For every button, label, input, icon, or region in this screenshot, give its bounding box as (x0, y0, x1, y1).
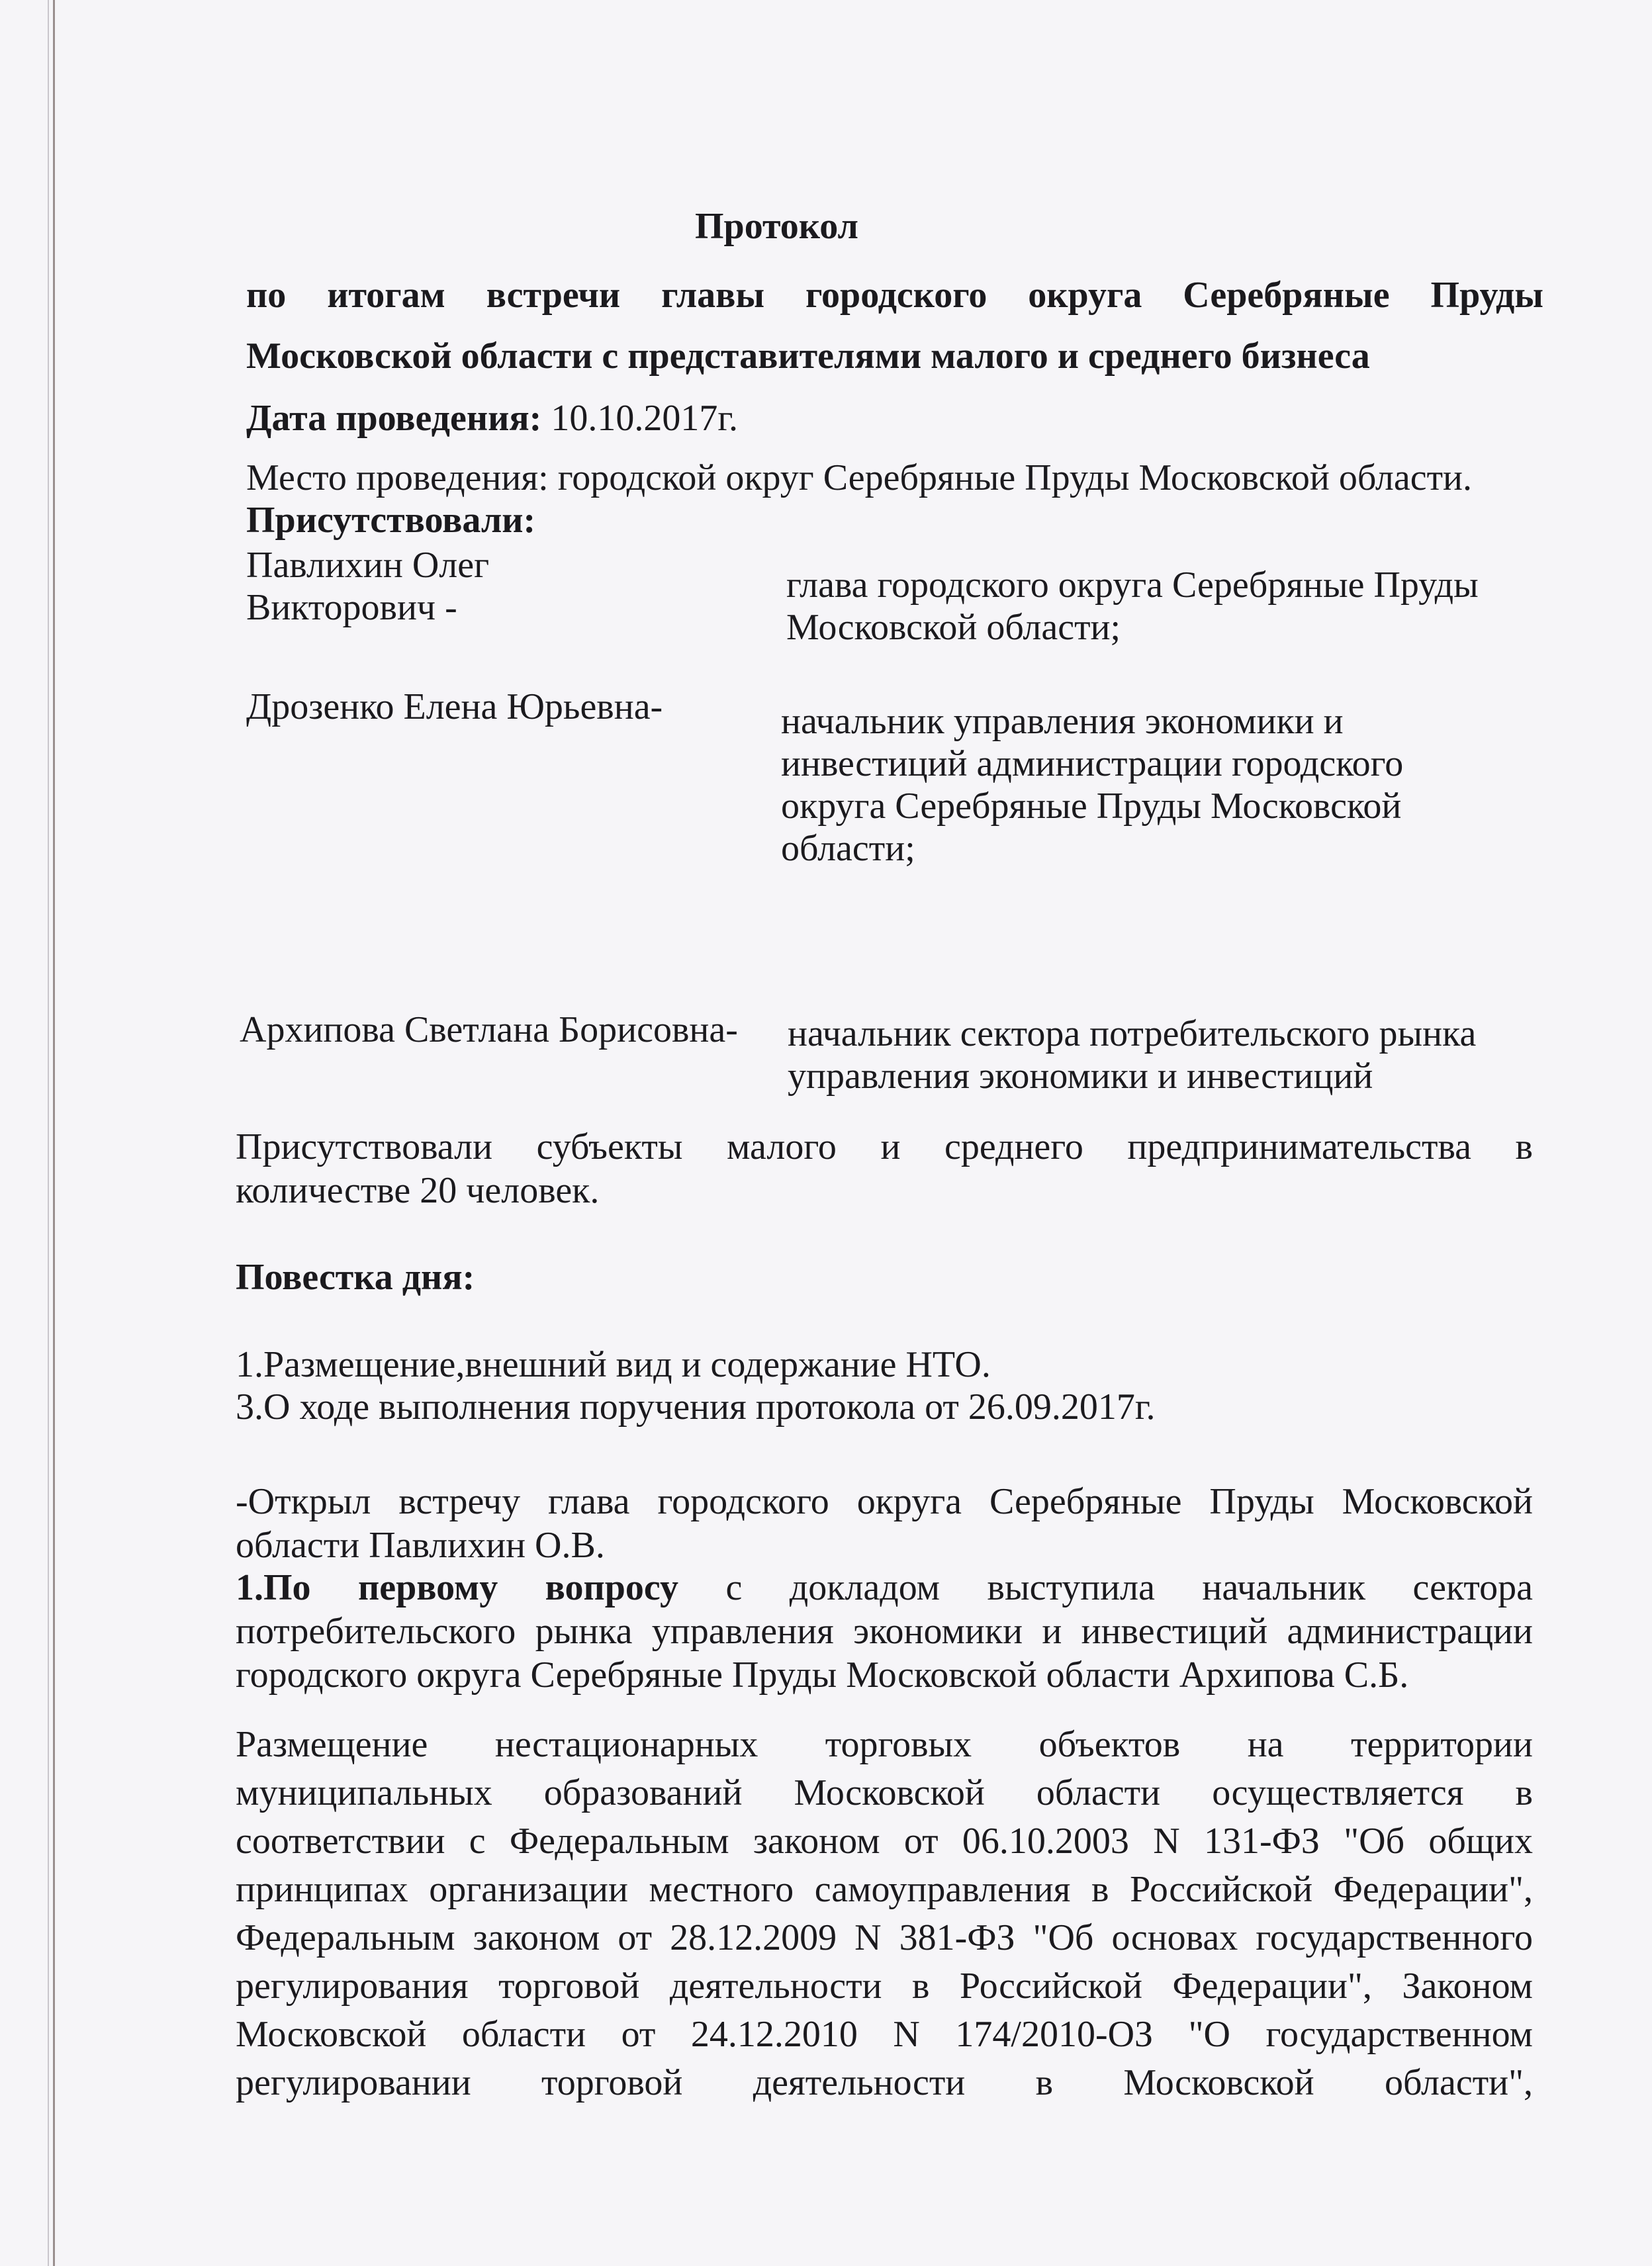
attendees-label: Присутствовали: (246, 499, 535, 541)
attendee-name-line: Архипова Светлана Борисовна- (240, 1009, 738, 1051)
attendee-role-line: инвестиций администрации городского (781, 743, 1403, 785)
attendee-name-line: Павлихин Олег (246, 544, 489, 586)
attendee-role-3: начальник сектора потребительского рынка… (788, 1013, 1476, 1097)
attendee-name-line: Дрозенко Елена Юрьевна- (246, 686, 663, 728)
agenda-list: 1.Размещение,внешний вид и содержание НТ… (236, 1343, 1156, 1428)
item1-paragraph: 1.По первому вопросу с докладом выступил… (236, 1566, 1533, 1697)
agenda-item: 3.О ходе выполнения поручения протокола … (236, 1386, 1156, 1428)
attendance-paragraph: Присутствовали субъекты малого и среднег… (236, 1125, 1533, 1212)
attendee-role-1: глава городского округа Серебряные Пруды… (786, 564, 1479, 649)
attendee-name-1: Павлихин Олег Викторович - (246, 544, 489, 629)
date-field: Дата проведения: 10.10.2017г. (246, 397, 738, 439)
attendee-role-line: Московской области; (786, 606, 1479, 649)
body-line: принципах организации местного самоуправ… (236, 1866, 1533, 1914)
attendee-name-2: Дрозенко Елена Юрьевна- (246, 686, 663, 728)
item1-line-2: потребительского рынка управления эконом… (236, 1609, 1533, 1653)
body-line: соответствии с Федеральным законом от 06… (236, 1817, 1533, 1866)
opening-line-2: области Павлихин О.В. (236, 1525, 605, 1566)
document-page: Протокол по итогам встречи главы городск… (0, 0, 1652, 2266)
body-line: Федеральным законом от 28.12.2009 N 381-… (236, 1914, 1533, 1962)
body-line: муниципальных образований Московской обл… (236, 1769, 1533, 1817)
body-line: регулировании торговой деятельности в Мо… (236, 2059, 1533, 2107)
item1-line-3: городского округа Серебряные Пруды Моско… (236, 1654, 1408, 1696)
attendee-name-line: Викторович - (246, 586, 489, 629)
document-title: Протокол (695, 205, 858, 248)
opening-paragraph: -Открыл встречу глава городского округа … (236, 1480, 1533, 1567)
attendee-name-3: Архипова Светлана Борисовна- (240, 1009, 738, 1051)
attendance-line-2: количестве 20 человек. (236, 1170, 599, 1211)
attendee-role-line: начальник управления экономики и (781, 700, 1403, 743)
opening-line-1: -Открыл встречу глава городского округа … (236, 1480, 1533, 1523)
body-line: Московской области от 24.12.2010 N 174/2… (236, 2011, 1533, 2059)
body-line: регулирования торговой деятельности в Ро… (236, 1962, 1533, 2011)
agenda-item: 1.Размещение,внешний вид и содержание НТ… (236, 1343, 1156, 1386)
place-text: Место проведения: городской округ Серебр… (246, 457, 1472, 499)
subtitle-line-1: по итогам встречи главы городского округ… (246, 265, 1543, 326)
subtitle-line-2: Московской области с представителями мал… (246, 336, 1370, 377)
item1-line-1: 1.По первому вопросу с докладом выступил… (236, 1566, 1533, 1609)
agenda-label: Повестка дня: (236, 1256, 475, 1298)
document-subtitle: по итогам встречи главы городского округ… (246, 265, 1543, 386)
attendee-role-line: округа Серебряные Пруды Московской (781, 785, 1403, 827)
body-paragraph: Размещение нестационарных торговых объек… (236, 1721, 1533, 2107)
attendance-line-1: Присутствовали субъекты малого и среднег… (236, 1125, 1533, 1169)
item1-line-1-rest: с докладом выступила начальник сектора (725, 1567, 1533, 1608)
date-label: Дата проведения: (246, 398, 541, 439)
item1-heading: 1.По первому вопросу (236, 1567, 678, 1608)
attendee-role-line: управления экономики и инвестиций (788, 1055, 1476, 1097)
body-line: Размещение нестационарных торговых объек… (236, 1721, 1533, 1769)
attendee-role-2: начальник управления экономики и инвести… (781, 700, 1403, 870)
attendee-role-line: глава городского округа Серебряные Пруды (786, 564, 1479, 606)
attendee-role-line: начальник сектора потребительского рынка (788, 1013, 1476, 1055)
attendee-role-line: области; (781, 827, 1403, 870)
date-value: 10.10.2017г. (551, 398, 738, 439)
